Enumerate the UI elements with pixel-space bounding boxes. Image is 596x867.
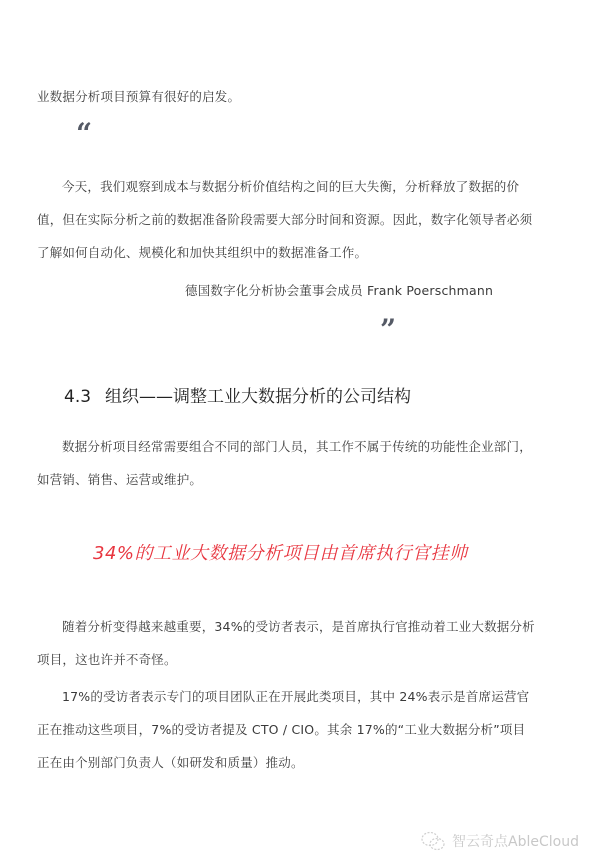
close-quote-icon: ” [380, 316, 396, 344]
section-heading: 4.3组织——调整工业大数据分析的公司结构 [64, 382, 411, 407]
section-title: 组织——调整工业大数据分析的公司结构 [105, 387, 411, 407]
watermark-label: 智云奇点AbleCloud [452, 831, 579, 851]
paragraph-ceo: 随着分析变得越来越重要，34%的受访者表示，是首席执行官推动着工业大数据分析项目… [37, 610, 537, 676]
intro-paragraph-tail: 业数据分析项目预算有很好的启发。 [37, 80, 537, 113]
callout-highlight: 34%的工业大数据分析项目由首席执行官挂帅 [93, 539, 468, 565]
watermark: 智云奇点AbleCloud [420, 831, 579, 851]
paragraph-teams: 17%的受访者表示专门的项目团队正在开展此类项目，其中 24%表示是首席运营官正… [37, 680, 537, 779]
wechat-icon [420, 831, 446, 851]
section-number: 4.3 [64, 387, 91, 407]
paragraph-departments: 数据分析项目经常需要组合不同的部门人员，其工作不属于传统的功能性企业部门，如营销… [37, 430, 537, 496]
quote-attribution: 德国数字化分析协会董事会成员 Frank Poerschmann [185, 281, 493, 299]
quote-text: 今天，我们观察到成本与数据分析价值结构之间的巨大失衡，分析释放了数据的价值，但在… [37, 170, 537, 269]
open-quote-icon: “ [76, 120, 92, 148]
